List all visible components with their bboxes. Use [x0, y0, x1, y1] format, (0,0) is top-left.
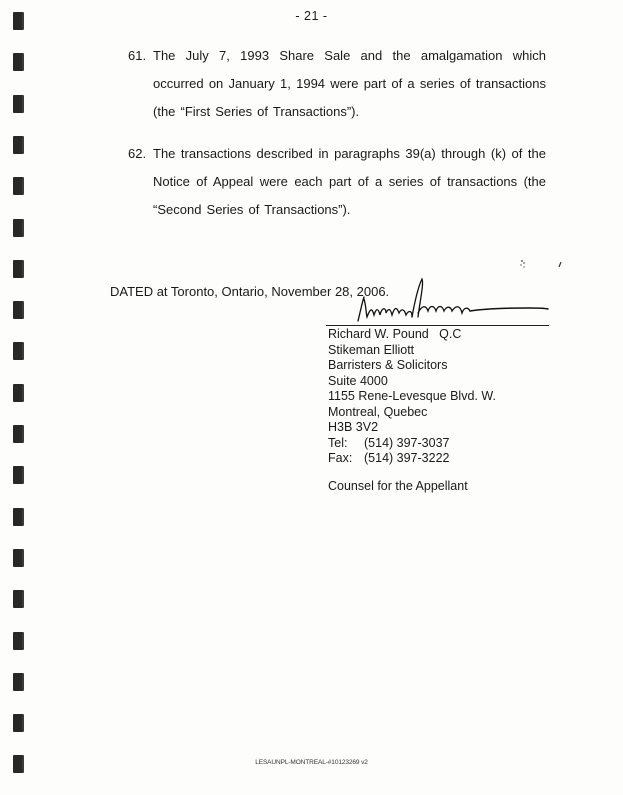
paragraph-61: 61. The July 7, 1993 Share Sale and the … [128, 42, 546, 126]
fax-number: (514) 397-3222 [364, 451, 449, 467]
telephone-row: Tel: (514) 397-3037 [328, 436, 496, 452]
paragraph-text: The July 7, 1993 Share Sale and the amal… [153, 42, 546, 126]
signatory-title: Barristers & Solicitors [328, 358, 496, 374]
binding-mark [13, 95, 24, 113]
telephone-number: (514) 397-3037 [364, 436, 449, 452]
fax-label: Fax: [328, 451, 364, 467]
binding-mark [13, 714, 24, 732]
binding-mark [13, 53, 24, 71]
binding-mark [13, 136, 24, 154]
scan-artifact [519, 258, 569, 273]
binding-mark [13, 549, 24, 567]
binding-mark [13, 260, 24, 278]
signatory-city: Montreal, Quebec [328, 405, 496, 421]
binding-mark [13, 466, 24, 484]
signatory-street: 1155 Rene-Levesque Blvd. W. [328, 389, 496, 405]
signatory-block: Richard W. Pound Q.C Stikeman Elliott Ba… [328, 327, 496, 494]
signatory-suite: Suite 4000 [328, 374, 496, 390]
handwritten-signature [352, 275, 552, 327]
document-reference-footer: LESAUNPL-MONTREAL-#10123269 v2 [0, 759, 623, 766]
binding-hole-marks [0, 0, 40, 795]
binding-mark [13, 508, 24, 526]
signatory-postal-code: H3B 3V2 [328, 420, 496, 436]
binding-mark [13, 177, 24, 195]
signatory-firm: Stikeman Elliott [328, 343, 496, 359]
signatory-role: Counsel for the Appellant [328, 479, 496, 495]
paragraph-number: 62. [128, 140, 146, 168]
binding-mark [13, 425, 24, 443]
fax-row: Fax: (514) 397-3222 [328, 451, 496, 467]
telephone-label: Tel: [328, 436, 364, 452]
binding-mark [13, 301, 24, 319]
paragraph-text: The transactions described in paragraphs… [153, 140, 546, 224]
binding-mark [13, 342, 24, 360]
binding-mark [13, 590, 24, 608]
paragraph-number: 61. [128, 42, 146, 70]
paragraph-62: 62. The transactions described in paragr… [128, 140, 546, 224]
binding-mark [13, 219, 24, 237]
signature-line [326, 325, 549, 326]
binding-mark [13, 632, 24, 650]
binding-mark [13, 673, 24, 691]
binding-mark [13, 384, 24, 402]
document-page: - 21 - 61. The July 7, 1993 Share Sale a… [0, 0, 623, 795]
signatory-name: Richard W. Pound Q.C [328, 327, 496, 343]
dated-line: DATED at Toronto, Ontario, November 28, … [110, 284, 389, 300]
page-number: - 21 - [0, 9, 623, 23]
